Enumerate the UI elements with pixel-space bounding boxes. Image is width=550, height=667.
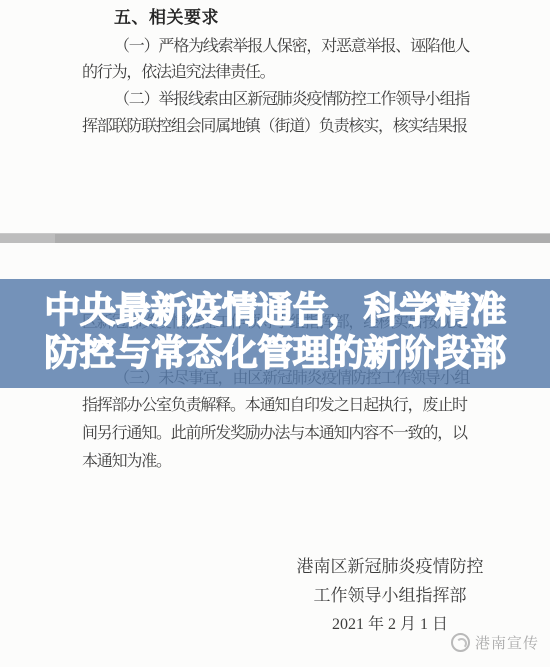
document-paragraph-2-line-2: 挥部联防联控组会同属地镇（街道）负责核实，核实结果报 [82, 118, 467, 136]
signature-line-2: 工作领导小组指挥部 [240, 581, 540, 610]
publisher-logo-icon [451, 633, 470, 652]
publisher-watermark-label: 港南宣传 [475, 632, 539, 653]
signature-block: 港南区新冠肺炎疫情防控 工作领导小组指挥部 2021 年 2 月 1 日 [240, 552, 540, 639]
document-paragraph-3-line-2: 指挥部办公室负责解释。本通知自印发之日起执行，废止时 [82, 397, 467, 415]
signature-line-1: 港南区新冠肺炎疫情防控 [240, 552, 540, 581]
headline-title: 中央最新疫情通告，科学精准 防控与常态化管理的新阶段部 [0, 288, 550, 374]
headline-title-line-2: 防控与常态化管理的新阶段部 [0, 331, 550, 374]
section-divider [0, 233, 550, 243]
document-paragraph-2-line-1: （二）举报线索由区新冠肺炎疫情防控工作领导小组指 [114, 91, 469, 109]
publisher-watermark: 港南宣传 [451, 632, 539, 653]
document-section-heading: 五、相关要求 [114, 9, 219, 27]
article-document-image: 五、相关要求 （一）严格为线索举报人保密，对恶意举报、诬陷他人 的行为，依法追究… [0, 0, 550, 667]
document-paragraph-3-line-3: 间另行通知。此前所发奖励办法与本通知内容不一致的，以 [82, 425, 467, 443]
document-paragraph-3-line-4: 本通知为准。 [82, 453, 171, 471]
document-paragraph-1-line-1: （一）严格为线索举报人保密，对恶意举报、诬陷他人 [114, 38, 469, 56]
document-paragraph-1-line-2: 的行为，依法追究法律责任。 [82, 64, 274, 82]
headline-title-line-1: 中央最新疫情通告，科学精准 [0, 288, 550, 331]
